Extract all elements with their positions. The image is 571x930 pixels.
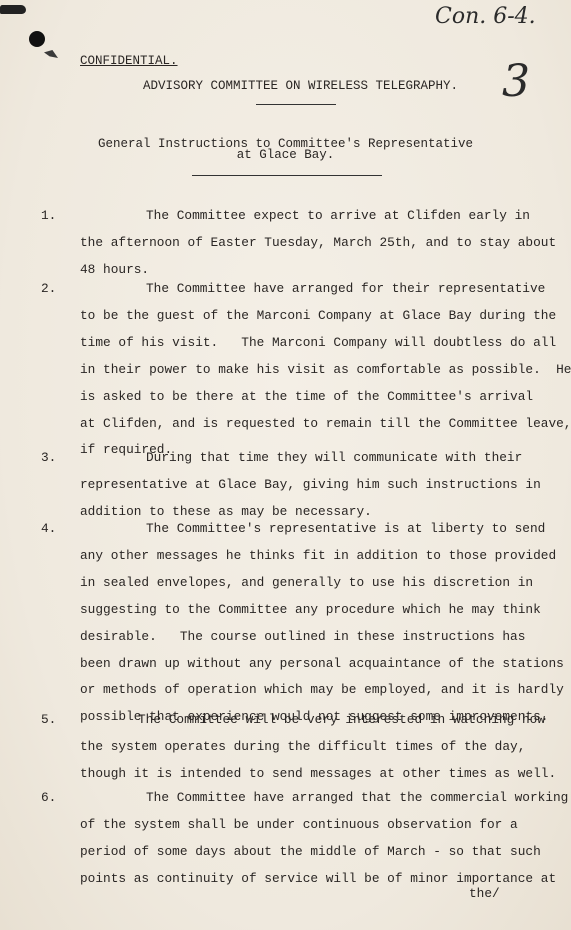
catchword: the/ [469,886,500,901]
paragraph-line: of the system shall be under continuous … [80,817,518,832]
paragraph-line: points as continuity of service will be … [80,871,556,886]
paragraph-number: 2. [41,281,56,296]
title-rule [256,104,336,105]
paragraph-line: to be the guest of the Marconi Company a… [80,308,556,323]
classification-label: CONFIDENTIAL. [80,54,178,68]
paragraph-line: representative at Glace Bay, giving him … [80,477,541,492]
paragraph-line: is asked to be there at the time of the … [80,389,533,404]
subtitle-line-2: at Glace Bay. [0,150,571,161]
paragraph-line: the system operates during the difficult… [80,739,525,754]
paragraph-line: the afternoon of Easter Tuesday, March 2… [80,235,556,250]
document-page: Con. 6-4. 3 CONFIDENTIAL. ADVISORY COMMI… [0,0,571,930]
handwritten-reference: Con. 6-4. [435,4,536,29]
paragraph-line: The Committee have arranged for their re… [146,281,545,296]
paragraph-line: The Committee will be very interested in… [138,712,545,727]
paragraph-line: time of his visit. The Marconi Company w… [80,335,556,350]
paragraph-line: in their power to make his visit as comf… [80,362,571,377]
paragraph-line: During that time they will communicate w… [146,450,522,465]
paragraph-number: 6. [41,790,56,805]
paragraph-line: The Committee's representative is at lib… [146,521,545,536]
paragraph-number: 4. [41,521,56,536]
paragraph-line: 48 hours. [80,262,149,277]
paragraph-line: The Committee have arranged that the com… [146,790,568,805]
tag-mark [44,50,58,58]
document-subtitle: General Instructions to Committee's Repr… [0,139,571,161]
paper-tear-mark [0,5,26,14]
document-title: ADVISORY COMMITTEE ON WIRELESS TELEGRAPH… [0,79,571,93]
paragraph-line: suggesting to the Committee any procedur… [80,602,541,617]
paragraph-line: in sealed envelopes, and generally to us… [80,575,533,590]
paragraph-line: or methods of operation which may be emp… [80,682,564,697]
paragraph-line: at Clifden, and is requested to remain t… [80,416,571,431]
paragraph-line: though it is intended to send messages a… [80,766,556,781]
paragraph-line: desirable. The course outlined in these … [80,629,525,644]
paragraph-line: The Committee expect to arrive at Clifde… [146,208,530,223]
paragraph-number: 5. [41,712,56,727]
paragraph-line: been drawn up without any personal acqua… [80,656,564,671]
paragraph-number: 3. [41,450,56,465]
paragraph-number: 1. [41,208,56,223]
punch-hole [29,31,45,47]
paragraph-line: period of some days about the middle of … [80,844,541,859]
paragraph-line: any other messages he thinks fit in addi… [80,548,556,563]
subtitle-rule [192,175,382,176]
paragraph-line: addition to these as may be necessary. [80,504,372,519]
